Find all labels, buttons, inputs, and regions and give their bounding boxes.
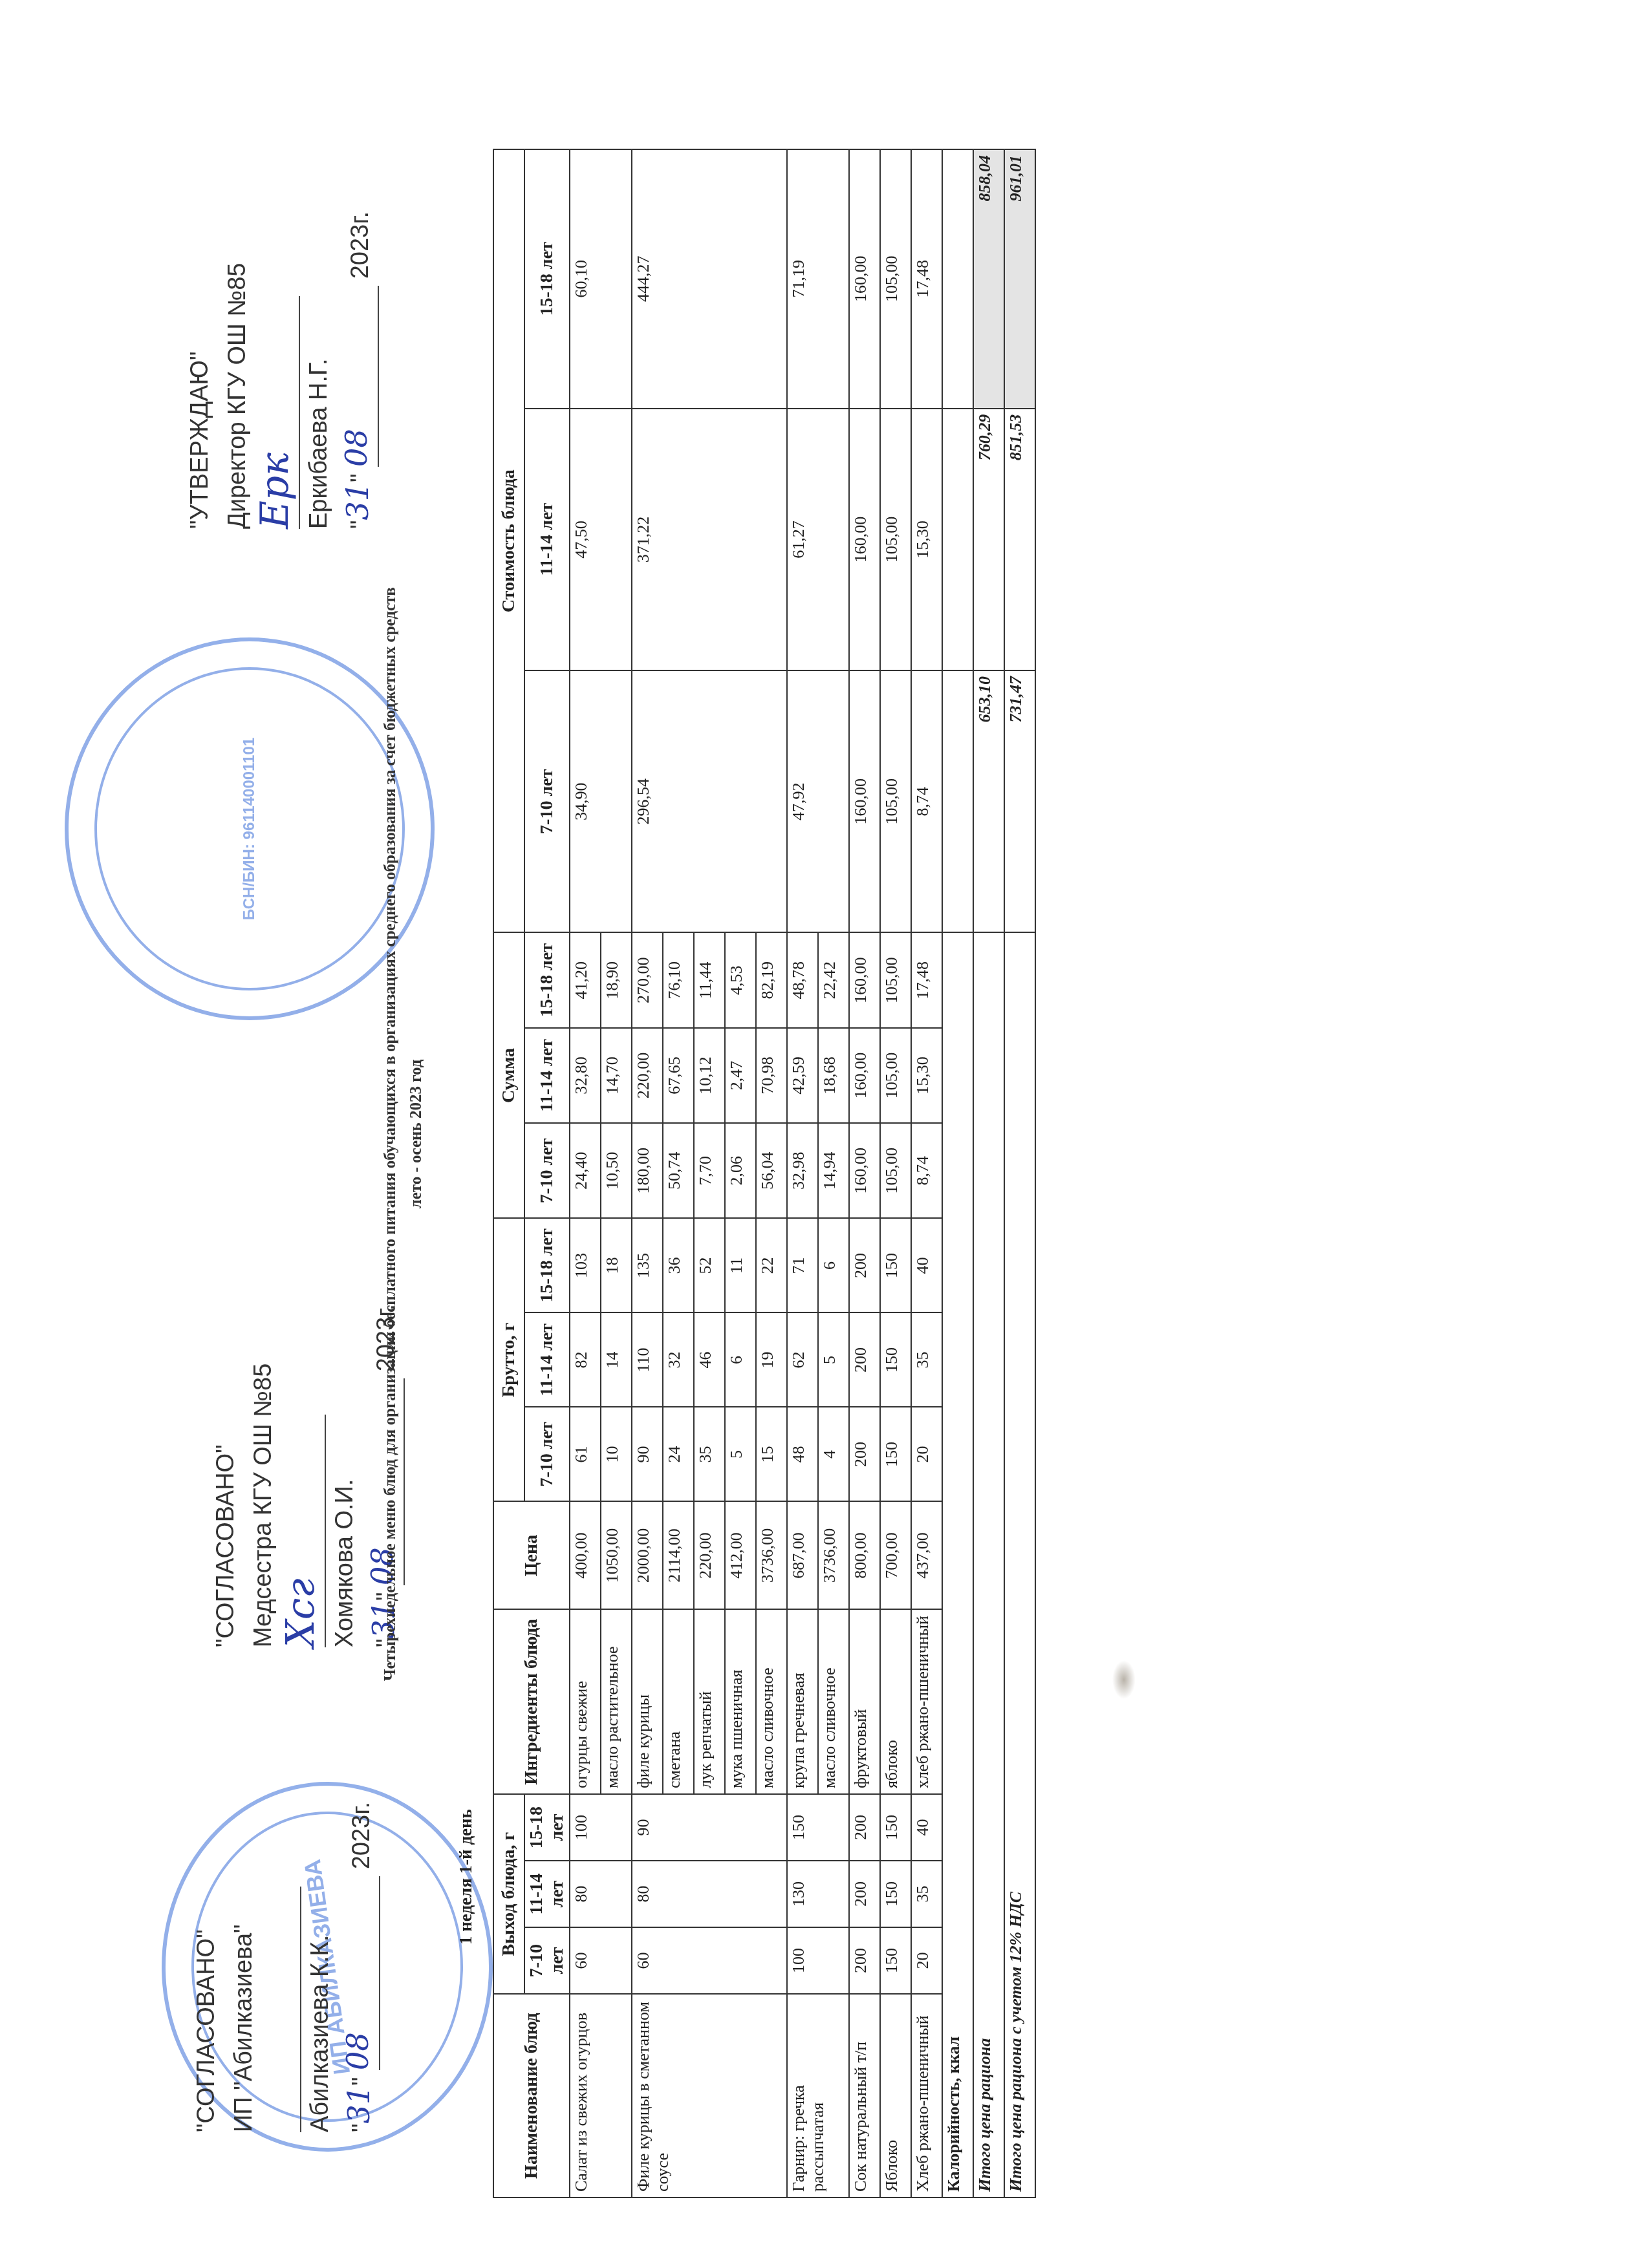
signature-line: Хсг bbox=[282, 1415, 326, 1647]
document-page: ИП АБИЛКАЗИЕВА "СОГЛАСОВАНО" ИП "Абилказ… bbox=[0, 0, 1649, 2268]
header-age: 15-18 лет bbox=[524, 149, 570, 409]
total-row-value: 760,29 bbox=[973, 409, 1004, 670]
signature-line: Ерк bbox=[256, 296, 300, 529]
total-vat-row-value: 851,53 bbox=[1004, 409, 1035, 670]
sum-cell: 105,00 bbox=[880, 1028, 911, 1123]
yield-cell: 150 bbox=[787, 1794, 849, 1861]
cost-cell: 47,92 bbox=[787, 670, 849, 932]
total-vat-row-value: 731,47 bbox=[1004, 670, 1035, 932]
dish-name: Салат из свежих огурцов bbox=[570, 1994, 632, 2198]
price-cell: 3736,00 bbox=[818, 1501, 849, 1609]
total-vat-row-value: 961,01 bbox=[1004, 149, 1035, 409]
calories-row-value bbox=[942, 409, 973, 670]
ingredient-name: хлеб ржано-пшеничный bbox=[911, 1610, 942, 1795]
sum-cell: 10,50 bbox=[601, 1123, 632, 1218]
total-vat-row: Итого цена рациона с учетом 12% НДС731,4… bbox=[1004, 149, 1035, 2198]
table-row: Филе курицы в сметанном соусе608090филе … bbox=[632, 149, 663, 2198]
header-age: 15-18 лет bbox=[524, 1218, 570, 1312]
gross-cell: 15 bbox=[756, 1407, 787, 1501]
gross-cell: 14 bbox=[601, 1312, 632, 1407]
dish-name: Филе курицы в сметанном соусе bbox=[632, 1994, 787, 2198]
sum-cell: 8,74 bbox=[911, 1123, 942, 1218]
gross-cell: 20 bbox=[911, 1407, 942, 1501]
approval-middle: "СОГЛАСОВАНО" Медсестра КГУ ОШ №85 Хсг Х… bbox=[207, 1304, 405, 1647]
gross-cell: 18 bbox=[601, 1218, 632, 1312]
sum-cell: 14,70 bbox=[601, 1028, 632, 1123]
cost-cell: 15,30 bbox=[911, 409, 942, 670]
header-age: 7-10 лет bbox=[524, 1927, 570, 1994]
sum-cell: 67,65 bbox=[663, 1028, 694, 1123]
total-row-value: 858,04 bbox=[973, 149, 1004, 409]
header-age: 11-14 лет bbox=[524, 1861, 570, 1927]
sum-cell: 82,19 bbox=[756, 933, 787, 1028]
price-cell: 220,00 bbox=[694, 1501, 725, 1609]
approval-name: Абилказиева К.К. bbox=[301, 1802, 339, 2132]
header-price: Цена bbox=[493, 1501, 570, 1609]
approval-heading: "СОГЛАСОВАНО" bbox=[207, 1304, 244, 1647]
yield-cell: 150 bbox=[880, 1794, 911, 1861]
ingredient-name: лук репчатый bbox=[694, 1610, 725, 1795]
sum-cell: 270,00 bbox=[632, 933, 663, 1028]
cost-cell: 105,00 bbox=[880, 670, 911, 932]
gross-cell: 46 bbox=[694, 1312, 725, 1407]
gross-cell: 35 bbox=[911, 1312, 942, 1407]
price-cell: 412,00 bbox=[725, 1501, 756, 1609]
gross-cell: 5 bbox=[725, 1407, 756, 1501]
total-vat-row-label: Итого цена рациона с учетом 12% НДС bbox=[1004, 933, 1035, 2198]
ingredient-name: мука пшеничная bbox=[725, 1610, 756, 1795]
approval-left: "СОГЛАСОВАНО" ИП "Абилказиева" Абилказие… bbox=[188, 1802, 380, 2132]
header-age: 7-10 лет bbox=[524, 1407, 570, 1501]
table-row: Яблоко150150150яблоко700,00150150150105,… bbox=[880, 149, 911, 2198]
gross-cell: 90 bbox=[632, 1407, 663, 1501]
header-age: 7-10 лет bbox=[524, 670, 570, 932]
gross-cell: 10 bbox=[601, 1407, 632, 1501]
document-subtitle: лето - осень 2023 год bbox=[407, 0, 426, 2268]
cost-cell: 371,22 bbox=[632, 409, 787, 670]
header-age: 11-14 лет bbox=[524, 1312, 570, 1407]
gross-cell: 5 bbox=[818, 1312, 849, 1407]
cost-cell: 105,00 bbox=[880, 409, 911, 670]
price-cell: 687,00 bbox=[787, 1501, 818, 1609]
header-age: 11-14 лет bbox=[524, 1028, 570, 1123]
gross-cell: 6 bbox=[818, 1218, 849, 1312]
yield-cell: 150 bbox=[880, 1927, 911, 1994]
cost-cell: 160,00 bbox=[849, 670, 880, 932]
gross-cell: 110 bbox=[632, 1312, 663, 1407]
gross-cell: 19 bbox=[756, 1312, 787, 1407]
sum-cell: 41,20 bbox=[570, 933, 601, 1028]
gross-cell: 32 bbox=[663, 1312, 694, 1407]
sum-cell: 48,78 bbox=[787, 933, 818, 1028]
sum-cell: 32,80 bbox=[570, 1028, 601, 1123]
sum-cell: 42,59 bbox=[787, 1028, 818, 1123]
header-dish: Наименование блюд bbox=[493, 1994, 570, 2198]
yield-cell: 80 bbox=[632, 1861, 787, 1927]
yield-cell: 35 bbox=[911, 1861, 942, 1927]
sum-cell: 22,42 bbox=[818, 933, 849, 1028]
header-cost: Стоимость блюда bbox=[493, 149, 524, 933]
sum-cell: 24,40 bbox=[570, 1123, 601, 1218]
cost-cell: 105,00 bbox=[880, 149, 911, 409]
yield-cell: 200 bbox=[849, 1794, 880, 1861]
cost-cell: 444,27 bbox=[632, 149, 787, 409]
sum-cell: 14,94 bbox=[818, 1123, 849, 1218]
gross-cell: 22 bbox=[756, 1218, 787, 1312]
sum-cell: 220,00 bbox=[632, 1028, 663, 1123]
approval-heading: "УТВЕРЖДАЮ" bbox=[181, 211, 219, 891]
sum-cell: 18,68 bbox=[818, 1028, 849, 1123]
price-cell: 1050,00 bbox=[601, 1501, 632, 1609]
gross-cell: 71 bbox=[787, 1218, 818, 1312]
approval-org: ИП "Абилказиева" bbox=[225, 1802, 263, 2132]
gross-cell: 150 bbox=[880, 1218, 911, 1312]
approval-name: Еркибаева Н.Г. bbox=[300, 211, 338, 891]
day-label: 1 неделя 1-й день bbox=[456, 1809, 476, 1945]
yield-cell: 150 bbox=[880, 1861, 911, 1927]
sum-cell: 105,00 bbox=[880, 933, 911, 1028]
gross-cell: 135 bbox=[632, 1218, 663, 1312]
gross-cell: 11 bbox=[725, 1218, 756, 1312]
calories-row-label: Калорийность, ккал bbox=[942, 933, 973, 2198]
table-row: Салат из свежих огурцов6080100огурцы све… bbox=[570, 149, 601, 2198]
header-age: 15-18 лет bbox=[524, 933, 570, 1028]
cost-cell: 61,27 bbox=[787, 409, 849, 670]
approval-date: "31" 08 2023г. bbox=[338, 211, 379, 891]
gross-cell: 6 bbox=[725, 1312, 756, 1407]
header-sum: Сумма bbox=[493, 933, 524, 1219]
sum-cell: 32,98 bbox=[787, 1123, 818, 1218]
yield-cell: 200 bbox=[849, 1861, 880, 1927]
approval-org: Медсестра КГУ ОШ №85 bbox=[244, 1304, 282, 1647]
ingredient-name: филе курицы bbox=[632, 1610, 663, 1795]
sum-cell: 2,06 bbox=[725, 1123, 756, 1218]
cost-cell: 17,48 bbox=[911, 149, 942, 409]
sum-cell: 11,44 bbox=[694, 933, 725, 1028]
sum-cell: 2,47 bbox=[725, 1028, 756, 1123]
yield-cell: 90 bbox=[632, 1794, 787, 1861]
menu-table: Наименование блюд Выход блюда, г Ингреди… bbox=[493, 149, 1036, 2198]
price-cell: 800,00 bbox=[849, 1501, 880, 1609]
calories-row: Калорийность, ккал bbox=[942, 149, 973, 2198]
gross-cell: 36 bbox=[663, 1218, 694, 1312]
ingredient-name: масло растительное bbox=[601, 1610, 632, 1795]
ingredient-name: масло сливочное bbox=[756, 1610, 787, 1795]
sum-cell: 105,00 bbox=[880, 1123, 911, 1218]
gross-cell: 200 bbox=[849, 1218, 880, 1312]
dish-name: Сок натуральный т/п bbox=[849, 1994, 880, 2198]
table-row: Хлеб ржано-пшеничный203540хлеб ржано-пше… bbox=[911, 149, 942, 2198]
cost-cell: 160,00 bbox=[849, 149, 880, 409]
cost-cell: 296,54 bbox=[632, 670, 787, 932]
document-title: Четырехнедельное меню блюд для организац… bbox=[382, 0, 400, 2268]
sum-cell: 160,00 bbox=[849, 1123, 880, 1218]
sum-cell: 160,00 bbox=[849, 1028, 880, 1123]
total-row-label: Итого цена рациона bbox=[973, 933, 1004, 2198]
gross-cell: 4 bbox=[818, 1407, 849, 1501]
yield-cell: 200 bbox=[849, 1927, 880, 1994]
price-cell: 400,00 bbox=[570, 1501, 601, 1609]
header-yield: Выход блюда, г bbox=[493, 1794, 524, 1994]
ingredient-name: крупа гречневая bbox=[787, 1610, 818, 1795]
total-row: Итого цена рациона653,10760,29858,04 bbox=[973, 149, 1004, 2198]
yield-cell: 60 bbox=[570, 1927, 632, 1994]
header-age: 11-14 лет bbox=[524, 409, 570, 670]
ingredient-name: огурцы свежие bbox=[570, 1610, 601, 1795]
header-age: 7-10 лет bbox=[524, 1123, 570, 1218]
cost-cell: 34,90 bbox=[570, 670, 632, 932]
ingredient-name: масло сливочное bbox=[818, 1610, 849, 1795]
sum-cell: 17,48 bbox=[911, 933, 942, 1028]
calories-row-value bbox=[942, 670, 973, 932]
approval-heading: "СОГЛАСОВАНО" bbox=[188, 1802, 225, 2132]
total-row-value: 653,10 bbox=[973, 670, 1004, 932]
gross-cell: 82 bbox=[570, 1312, 601, 1407]
dish-name: Гарнир: гречка рассыпчатая bbox=[787, 1994, 849, 2198]
gross-cell: 62 bbox=[787, 1312, 818, 1407]
header-gross: Брутто, г bbox=[493, 1218, 524, 1501]
sum-cell: 56,04 bbox=[756, 1123, 787, 1218]
sum-cell: 160,00 bbox=[849, 933, 880, 1028]
yield-cell: 100 bbox=[787, 1927, 849, 1994]
approval-name: Хомякова О.И. bbox=[326, 1304, 363, 1647]
ingredient-name: сметана bbox=[663, 1610, 694, 1795]
gross-cell: 200 bbox=[849, 1312, 880, 1407]
price-cell: 3736,00 bbox=[756, 1501, 787, 1609]
header-ingredients: Ингредиенты блюда bbox=[493, 1610, 570, 1795]
header-age: 15-18 лет bbox=[524, 1794, 570, 1861]
table-row: Гарнир: гречка рассыпчатая100130150крупа… bbox=[787, 149, 818, 2198]
price-cell: 700,00 bbox=[880, 1501, 911, 1609]
sum-cell: 70,98 bbox=[756, 1028, 787, 1123]
yield-cell: 60 bbox=[632, 1927, 787, 1994]
gross-cell: 150 bbox=[880, 1312, 911, 1407]
approval-date: "31" 08 2023г. bbox=[339, 1802, 380, 2132]
sum-cell: 50,74 bbox=[663, 1123, 694, 1218]
approval-org: Директор КГУ ОШ №85 bbox=[219, 211, 256, 891]
sum-cell: 18,90 bbox=[601, 933, 632, 1028]
table-row: Сок натуральный т/п200200200фруктовый800… bbox=[849, 149, 880, 2198]
gross-cell: 200 bbox=[849, 1407, 880, 1501]
yield-cell: 80 bbox=[570, 1861, 632, 1927]
dish-name: Хлеб ржано-пшеничный bbox=[911, 1994, 942, 2198]
ingredient-name: фруктовый bbox=[849, 1610, 880, 1795]
yield-cell: 20 bbox=[911, 1927, 942, 1994]
sum-cell: 76,10 bbox=[663, 933, 694, 1028]
approval-right: "УТВЕРЖДАЮ" Директор КГУ ОШ №85 Ерк Ерки… bbox=[181, 211, 379, 891]
ingredient-name: яблоко bbox=[880, 1610, 911, 1795]
cost-cell: 60,10 bbox=[570, 149, 632, 409]
sum-cell: 180,00 bbox=[632, 1123, 663, 1218]
price-cell: 2000,00 bbox=[632, 1501, 663, 1609]
sum-cell: 15,30 bbox=[911, 1028, 942, 1123]
gross-cell: 61 bbox=[570, 1407, 601, 1501]
price-cell: 437,00 bbox=[911, 1501, 942, 1609]
gross-cell: 24 bbox=[663, 1407, 694, 1501]
gross-cell: 103 bbox=[570, 1218, 601, 1312]
yield-cell: 100 bbox=[570, 1794, 632, 1861]
sum-cell: 10,12 bbox=[694, 1028, 725, 1123]
sum-cell: 7,70 bbox=[694, 1123, 725, 1218]
gross-cell: 40 bbox=[911, 1218, 942, 1312]
scan-smudge bbox=[1112, 1660, 1136, 1699]
signature-line bbox=[263, 1887, 301, 2132]
cost-cell: 47,50 bbox=[570, 409, 632, 670]
gross-cell: 35 bbox=[694, 1407, 725, 1501]
cost-cell: 8,74 bbox=[911, 670, 942, 932]
gross-cell: 52 bbox=[694, 1218, 725, 1312]
gross-cell: 150 bbox=[880, 1407, 911, 1501]
calories-row-value bbox=[942, 149, 973, 409]
price-cell: 2114,00 bbox=[663, 1501, 694, 1609]
cost-cell: 160,00 bbox=[849, 409, 880, 670]
yield-cell: 130 bbox=[787, 1861, 849, 1927]
gross-cell: 48 bbox=[787, 1407, 818, 1501]
cost-cell: 71,19 bbox=[787, 149, 849, 409]
dish-name: Яблоко bbox=[880, 1994, 911, 2198]
yield-cell: 40 bbox=[911, 1794, 942, 1861]
sum-cell: 4,53 bbox=[725, 933, 756, 1028]
